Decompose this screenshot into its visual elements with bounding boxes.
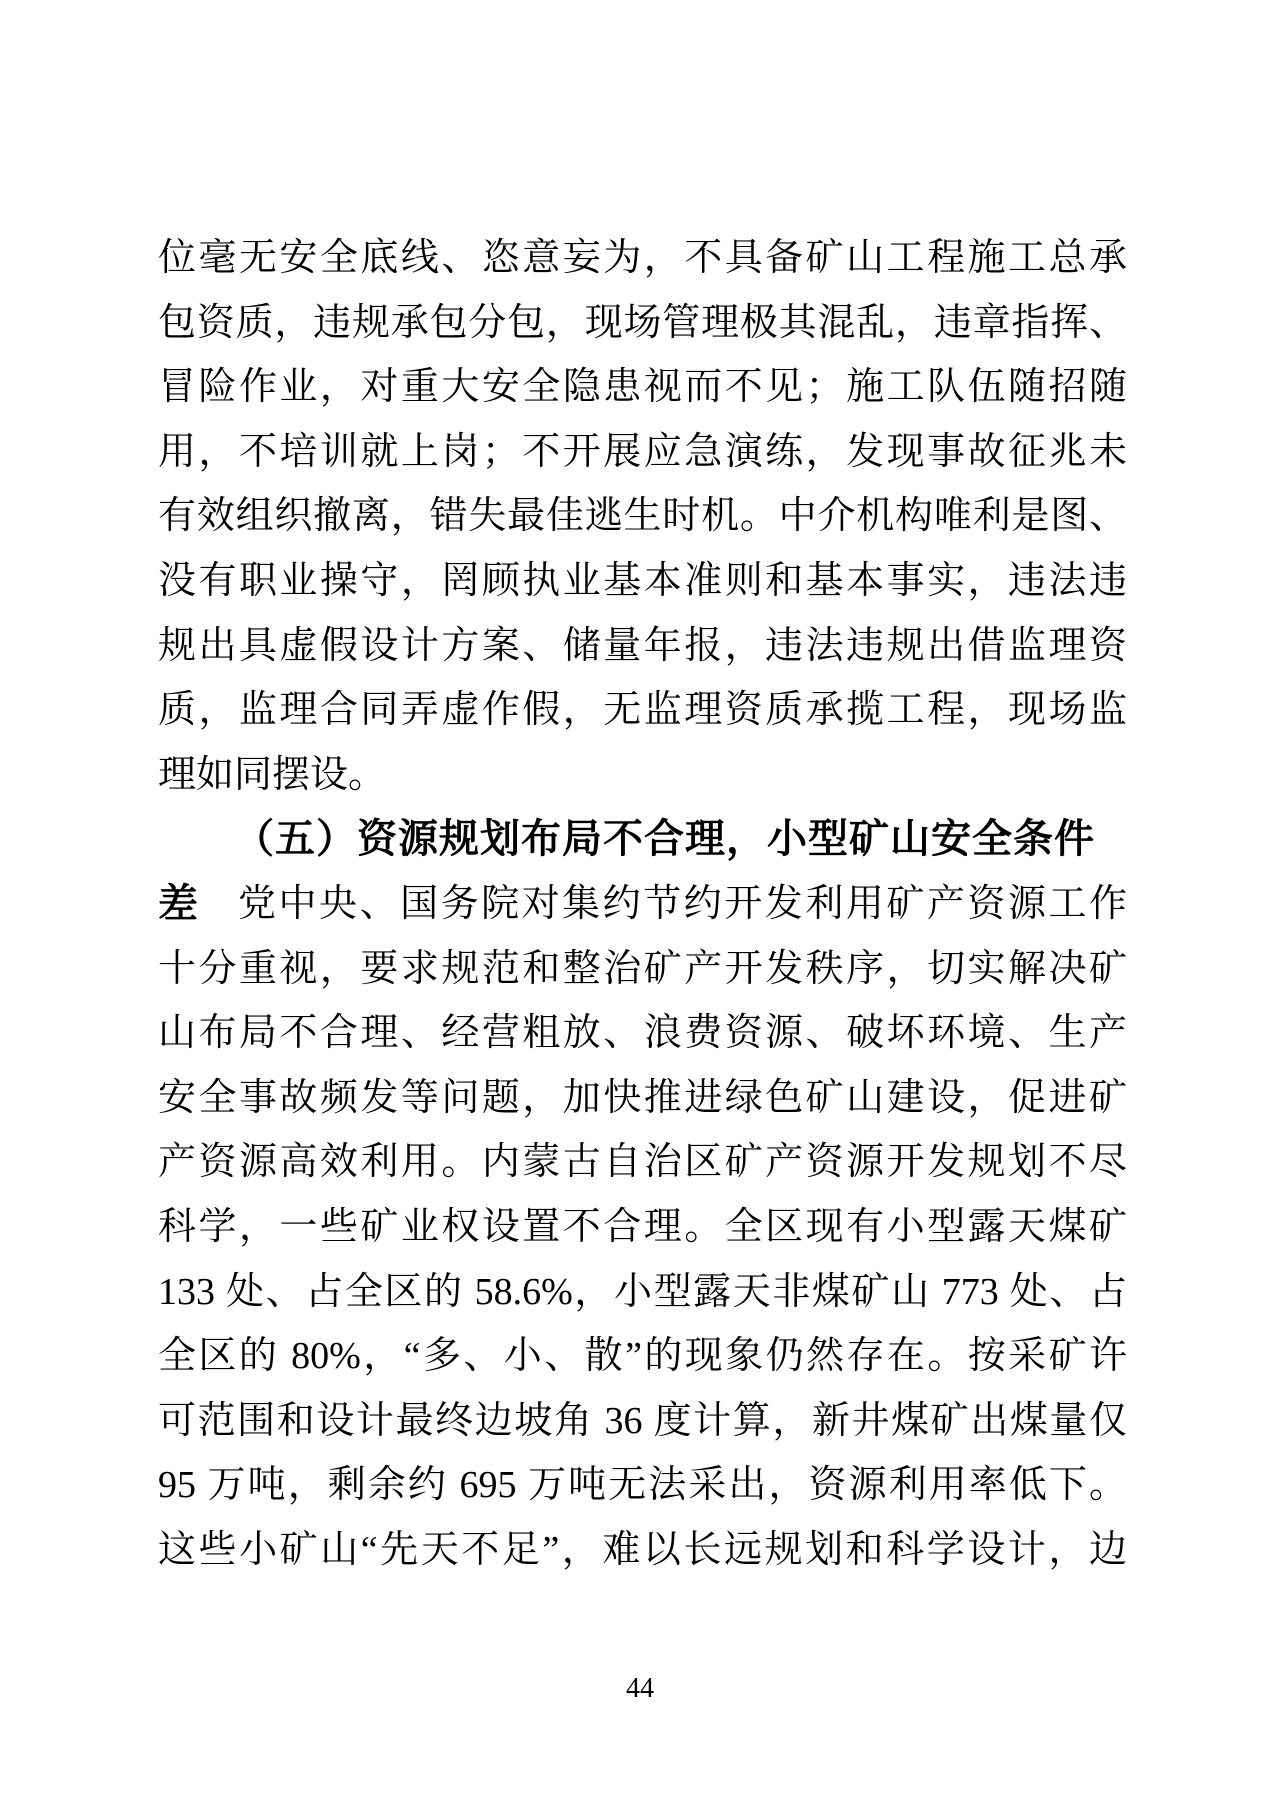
text-line: 质，监理合同弄虚作假，无监理资质承揽工程，现场监 xyxy=(158,678,1127,743)
text-line: 冒险作业，对重大安全隐患视而不见；施工队伍随招随 xyxy=(158,355,1127,420)
page-number: 44 xyxy=(0,1672,1280,1706)
text-line: 95 万吨，剩余约 695 万吨无法采出，资源利用率低下。 xyxy=(158,1453,1127,1518)
text-line: 山布局不合理、经营粗放、浪费资源、破坏环境、生产 xyxy=(158,1001,1127,1066)
text-line: 安全事故频发等问题，加快推进绿色矿山建设，促进矿 xyxy=(158,1066,1127,1131)
text-block: 位毫无安全底线、恣意妄为，不具备矿山工程施工总承 包资质，违规承包分包，现场管理… xyxy=(158,226,1127,1582)
text-line: 全区的 80%，“多、小、散”的现象仍然存在。按采矿许 xyxy=(158,1324,1127,1389)
text-line: 党中央、国务院对集约节约开发利用矿产资源工作 xyxy=(158,872,1127,937)
text-line: 科学，一些矿业权设置不合理。全区现有小型露天煤矿 xyxy=(158,1195,1127,1260)
text-line: 这些小矿山“先天不足”，难以长远规划和科学设计，边 xyxy=(158,1518,1127,1583)
text-line: 包资质，违规承包分包，现场管理极其混乱，违章指挥、 xyxy=(158,291,1127,356)
text-line: 十分重视，要求规范和整治矿产开发秩序，切实解决矿 xyxy=(158,937,1127,1002)
document-page: 位毫无安全底线、恣意妄为，不具备矿山工程施工总承 包资质，违规承包分包，现场管理… xyxy=(0,0,1280,1809)
text-line: 没有职业操守，罔顾执业基本准则和基本事实，违法违 xyxy=(158,549,1127,614)
text-line: 理如同摆设。 xyxy=(158,743,1127,808)
text-line: 133 处、占全区的 58.6%，小型露天非煤矿山 773 处、占 xyxy=(158,1260,1127,1325)
text-line: 产资源高效利用。内蒙古自治区矿产资源开发规划不尽 xyxy=(158,1130,1127,1195)
section-heading: （五）资源规划布局不合理，小型矿山安全条件差 xyxy=(158,807,1127,872)
text-line: 有效组织撤离，错失最佳逃生时机。中介机构唯利是图、 xyxy=(158,484,1127,549)
text-line: 可范围和设计最终边坡角 36 度计算，新井煤矿出煤量仅 xyxy=(158,1389,1127,1454)
text-line: 规出具虚假设计方案、储量年报，违法违规出借监理资 xyxy=(158,614,1127,679)
text-line: 位毫无安全底线、恣意妄为，不具备矿山工程施工总承 xyxy=(158,226,1127,291)
text-line: 用，不培训就上岗；不开展应急演练，发现事故征兆未 xyxy=(158,420,1127,485)
